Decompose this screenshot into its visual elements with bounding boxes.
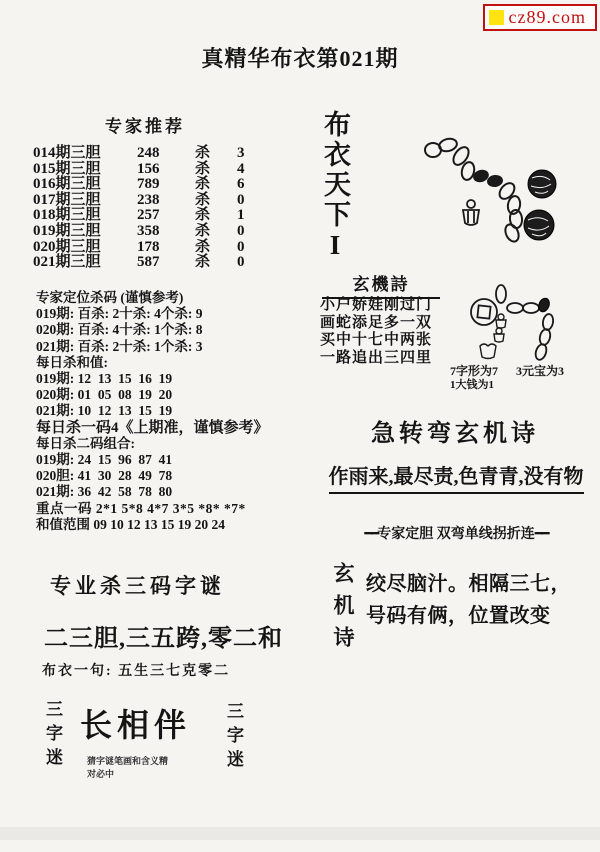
row-dan: 248 bbox=[137, 146, 195, 162]
poem-line: 买中十七中两张 bbox=[320, 332, 432, 350]
recommend-row: 018期三胆 257 杀 1 bbox=[33, 208, 263, 224]
row-issue: 021期三胆 bbox=[33, 255, 137, 271]
riddle-note: 猜字谜笔画和含义精 对必中 bbox=[87, 755, 168, 781]
three-char-riddle-answer: 长相伴 bbox=[80, 700, 191, 746]
row-dan: 238 bbox=[137, 193, 195, 209]
recommend-row: 019期三胆 358 杀 0 bbox=[33, 224, 263, 240]
row-kill-number: 0 bbox=[237, 255, 257, 271]
chain-beads-cup-drawing bbox=[415, 128, 600, 288]
poem-line: 一路追出三四里 bbox=[320, 350, 432, 368]
expert-dan-text: 专家定胆 双弯单线拐折连 bbox=[377, 527, 535, 542]
row-issue: 015期三胆 bbox=[33, 162, 137, 178]
row-issue: 018期三胆 bbox=[33, 208, 137, 224]
row-kill-label: 杀 bbox=[195, 146, 237, 162]
tip-sheet-page: cz89.com 真精华布衣第021期 专家推荐 014期三胆 248 杀 3 … bbox=[0, 0, 600, 852]
daily-two-code-row: 020胆: 41 30 28 49 78 bbox=[36, 468, 294, 484]
daily-two-code-heading: 每日杀二码组合: bbox=[36, 436, 294, 452]
row-issue: 020期三胆 bbox=[33, 240, 137, 256]
decor-line-left: ━━ bbox=[364, 527, 377, 542]
row-issue: 014期三胆 bbox=[33, 146, 137, 162]
poem-line: 小户娇娃刚过门 bbox=[320, 297, 432, 315]
daily-kill-sum-heading: 每日杀和值: bbox=[36, 355, 294, 371]
recommend-row: 016期三胆 789 杀 6 bbox=[33, 177, 263, 193]
three-char-riddle-label-right: 三字迷 bbox=[221, 702, 246, 792]
daily-two-code-row: 021期: 36 42 58 78 80 bbox=[36, 484, 294, 500]
row-kill-label: 杀 bbox=[195, 240, 237, 256]
sharp-turn-line-wrap: 作雨来,最尽责,色青青,没有物 bbox=[315, 460, 597, 494]
row-dan: 178 bbox=[137, 240, 195, 256]
riddle-note-line: 猜字谜笔画和含义精 bbox=[87, 755, 168, 768]
row-kill-number: 0 bbox=[237, 240, 257, 256]
xuanji-shi-line: 绞尽脑汁。相隔三七， bbox=[366, 568, 571, 600]
xuanji-shi-vertical-title: 玄机诗 bbox=[328, 562, 358, 682]
row-dan: 789 bbox=[137, 177, 195, 193]
recommend-row: 014期三胆 248 杀 3 bbox=[33, 146, 263, 162]
site-logo-text: cz89.com bbox=[509, 7, 586, 28]
positioning-kill-row: 019期: 百杀: 2十杀: 4个杀: 9 bbox=[36, 306, 294, 322]
xuanji-shi-line: 号码有俩，位置改变 bbox=[366, 600, 571, 632]
row-dan: 587 bbox=[137, 255, 195, 271]
decor-line-right: ━━ bbox=[535, 527, 548, 542]
row-kill-number: 1 bbox=[237, 208, 257, 224]
caption-ingot: 3元宝为3 bbox=[516, 364, 564, 378]
three-char-riddle-label-left: 三字迷 bbox=[40, 700, 65, 790]
row-issue: 016期三胆 bbox=[33, 177, 137, 193]
row-dan: 156 bbox=[137, 162, 195, 178]
expert-dan-line: ━━专家定胆 双弯单线拐折连━━ bbox=[315, 523, 597, 543]
kill-three-code-line: 二三胆,三五跨,零二和 bbox=[44, 618, 283, 653]
row-kill-label: 杀 bbox=[195, 224, 237, 240]
expert-recommend-list: 014期三胆 248 杀 3 015期三胆 156 杀 4 016期三胆 789… bbox=[33, 146, 263, 271]
recommend-row: 021期三胆 587 杀 0 bbox=[33, 255, 263, 271]
expert-recommend-heading: 专家推荐 bbox=[30, 112, 260, 137]
recommend-row: 020期三胆 178 杀 0 bbox=[33, 240, 263, 256]
row-kill-number: 6 bbox=[237, 177, 257, 193]
riddle-note-line: 对必中 bbox=[87, 768, 168, 781]
page-title: 真精华布衣第021期 bbox=[0, 42, 600, 73]
kill-three-code-heading: 专业杀三码字谜 bbox=[50, 570, 225, 600]
row-kill-label: 杀 bbox=[195, 208, 237, 224]
yellow-square-icon bbox=[489, 10, 504, 25]
xuanji-shi-text: 绞尽脑汁。相隔三七， 号码有俩，位置改变 bbox=[366, 568, 571, 632]
site-logo[interactable]: cz89.com bbox=[483, 4, 597, 31]
daily-two-code-row: 019期: 24 15 96 87 41 bbox=[36, 452, 294, 468]
sharp-turn-heading: 急转弯玄机诗 bbox=[315, 413, 595, 448]
recommend-row: 015期三胆 156 杀 4 bbox=[33, 162, 263, 178]
sharp-turn-line: 作雨来,最尽责,色青青,没有物 bbox=[329, 460, 584, 494]
row-kill-number: 3 bbox=[237, 146, 257, 162]
positioning-kill-row: 021期: 百杀: 2十杀: 1个杀: 3 bbox=[36, 339, 294, 355]
daily-kill-sum-row: 019期: 12 13 15 16 19 bbox=[36, 371, 294, 387]
row-kill-number: 0 bbox=[237, 193, 257, 209]
footer-strip bbox=[0, 827, 600, 840]
row-kill-number: 4 bbox=[237, 162, 257, 178]
row-kill-label: 杀 bbox=[195, 255, 237, 271]
row-kill-label: 杀 bbox=[195, 162, 237, 178]
row-issue: 019期三胆 bbox=[33, 224, 137, 240]
row-kill-number: 0 bbox=[237, 224, 257, 240]
daily-kill-one-code-line: 每日杀一码4《上期准，谨慎参考》 bbox=[36, 420, 294, 436]
sum-range-line: 和值范围 09 10 12 13 15 19 20 24 bbox=[36, 517, 294, 533]
positioning-kill-heading: 专家定位杀码 (谨慎参考) bbox=[36, 290, 294, 306]
caption-coin: 1大钱为1 bbox=[450, 376, 494, 392]
daily-kill-sum-row: 021期: 10 12 13 15 19 bbox=[36, 403, 294, 419]
positioning-kill-row: 020期: 百杀: 4十杀: 1个杀: 8 bbox=[36, 322, 294, 338]
xuanji-poem-heading: 玄機詩 bbox=[322, 270, 440, 299]
buyi-sentence: 布衣一句: 五生三七克零二 bbox=[42, 660, 230, 680]
buyi-tianxia-vertical-title: 布衣天下I bbox=[316, 110, 355, 280]
positioning-kill-block: 专家定位杀码 (谨慎参考) 019期: 百杀: 2十杀: 4个杀: 9 020期… bbox=[36, 290, 294, 533]
poem-line: 画蛇添足多一双 bbox=[320, 315, 432, 333]
xuanji-poem: 小户娇娃刚过门 画蛇添足多一双 买中十七中两张 一路追出三四里 bbox=[320, 297, 432, 367]
row-dan: 257 bbox=[137, 208, 195, 224]
key-one-code-line: 重点一码 2*1 5*8 4*7 3*5 *8* *7* bbox=[36, 501, 294, 517]
row-kill-label: 杀 bbox=[195, 177, 237, 193]
daily-kill-sum-row: 020期: 01 05 08 19 20 bbox=[36, 387, 294, 403]
coin-chain-seven-drawing bbox=[452, 270, 592, 362]
row-dan: 358 bbox=[137, 224, 195, 240]
